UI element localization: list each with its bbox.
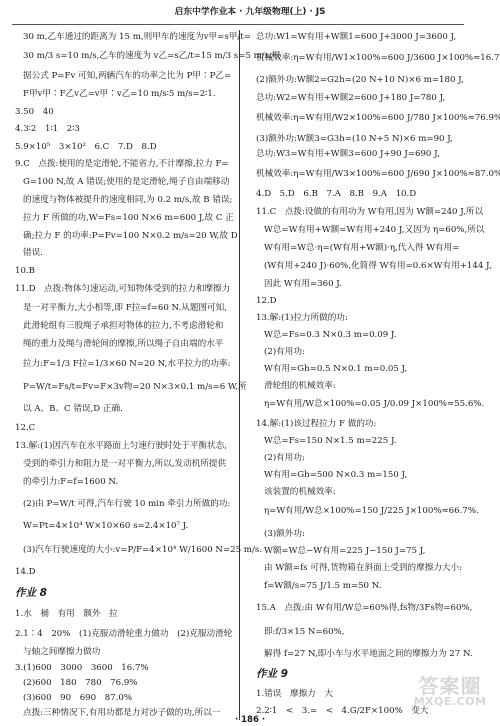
text-line: 总功:W3=W有用+W额3=600 J+90 J=690 J, bbox=[256, 150, 440, 159]
answer-line: 11.C 点拨:设做的有用功为 W有用,因为 W额=240 J,所以 bbox=[256, 208, 483, 217]
answer-line: 13.解:(1)因汽车在水平路面上匀速行驶时处于平衡状态, bbox=[15, 442, 227, 451]
page-number: · 186 · bbox=[0, 716, 500, 725]
text-line: W总=W有用+W额=W有用+240 J,又因为 η=60%,所以 bbox=[256, 226, 484, 235]
answer-line: 4.D 5.D 6.B 7.A 8.B 9.A 10.D bbox=[256, 190, 416, 199]
text-line: 总功:W2=W有用+W额2=600 J+180 J=780 J, bbox=[256, 94, 445, 103]
text-line: W总=Fs=0.3 N×0.3 m=0.09 J. bbox=[256, 331, 396, 340]
answer-line: 15.A 点拨:由 W有用/W总=60%得,fs物/3Fs物=60%, bbox=[256, 604, 472, 613]
text-line: (3)额外功: bbox=[256, 530, 305, 539]
text-line: F甲v甲∶F乙v乙=v甲∶v乙=10 m/s∶5 m/s=2∶1. bbox=[15, 90, 216, 99]
text-line: (2)600 180 780 76.9% bbox=[15, 679, 137, 688]
watermark-url: MXQE.COM bbox=[410, 696, 490, 707]
answer-line: 14.解:(1)该过程拉力 F 做的功: bbox=[256, 420, 376, 429]
text-line: 机械效率:η=W有用/W3×100%=600 J/690 J×100%≈87.0… bbox=[256, 170, 500, 179]
text-line: (2)有用功: bbox=[256, 348, 305, 357]
text-line: 由 W额=fs 可得,货物箱在斜面上受到的摩擦力大小: bbox=[256, 564, 462, 573]
header-rule bbox=[12, 24, 464, 25]
answer-line: 3.50 40 bbox=[15, 108, 54, 117]
answer-line: 13.解:(1)拉力所做的功: bbox=[256, 314, 348, 323]
answer-line: 9.C 点拨:使用的是定滑轮,不能省力,不计摩擦,拉力 F= bbox=[15, 160, 229, 169]
text-line: W有用=Gh=500 N×0.3 m=150 J, bbox=[256, 471, 407, 480]
text-line: 以 A、B、C 错误,D 正确. bbox=[15, 405, 123, 414]
text-line: W总=Fs=150 N×1.5 m=225 J. bbox=[256, 437, 396, 446]
text-line: 总功:W1=W有用+W额1=600 J+3000 J=3600 J, bbox=[256, 33, 456, 42]
answer-line: 11.D 点拨:物体匀速运动,可知物体受到的拉力和摩擦力 bbox=[15, 285, 230, 294]
column-divider bbox=[239, 30, 240, 720]
text-line: 解得 f=27 N,即小车与水平地面之间的摩擦力为 27 N. bbox=[256, 650, 473, 659]
watermark-text: 答案圈 bbox=[410, 676, 490, 696]
text-line: 确;拉力 F 的功率:P=Fv=100 N×0.2 m/s=20 W,故 D bbox=[15, 232, 238, 241]
answer-line: 2.2∶1 < 3.= < 4.G/2F×100% 变大 bbox=[256, 707, 429, 716]
answer-line: 12.C bbox=[15, 424, 35, 433]
text-line: η=W有用/W总×100%=0.05 J/0.09 J×100%≈55.6%. bbox=[256, 400, 484, 409]
text-line: W=Pt=4×10⁴ W×10×60 s=2.4×10⁷ J. bbox=[15, 522, 188, 531]
text-line: 的牵引力:F=f=1600 N. bbox=[15, 478, 118, 487]
text-line: P=W/t=Fs/t=Fv=F×3v物=20 N×3×0.1 m/s=6 W,所 bbox=[15, 383, 247, 392]
text-line: 拉力:F=1/3 F拉=1/3×60 N=20 N,水平拉力的功率: bbox=[15, 360, 230, 369]
answer-line: 12.D bbox=[256, 297, 277, 306]
answer-line: 5.9×10⁵ 3×10² 6.C 7.D 8.D bbox=[15, 143, 157, 152]
text-line: 机械效率:η=W有用/W2×100%=600 J/780 J×100%≈76.9… bbox=[256, 114, 500, 123]
text-line: 因此 W有用=360 J. bbox=[256, 280, 342, 289]
section-title-8: 作业 8 bbox=[15, 588, 47, 599]
page-header-title: 启东中学作业本 · 九年级物理(上) · JS bbox=[0, 8, 500, 17]
answer-line: 1.水 桶 有用 额外 拉 bbox=[15, 610, 118, 619]
answer-line: 3.(1)600 3000 3600 16.7% bbox=[15, 664, 149, 673]
answer-line: 10.B bbox=[15, 267, 35, 276]
text-line: (3)汽车行驶速度的大小:v=P/F=4×10⁴ W/1600 N=25 m/s… bbox=[15, 546, 262, 555]
text-line: (W有用+240 J)·60%,化简得 W有用=0.6×W有用+144 J, bbox=[256, 262, 492, 271]
text-line: 机械效率:η=W有用/W1×100%=600 J/3600 J×100%≈16.… bbox=[256, 54, 500, 63]
answer-line: 4.3∶2 1∶1 2∶3 bbox=[15, 125, 80, 134]
text-line: 受到的牵引力和阻力是一对平衡力,所以,发动机所提供 bbox=[15, 460, 226, 469]
text-line: G=100 N,故 A 错误;使用的是定滑轮,绳子自由端移动 bbox=[15, 178, 229, 187]
section-title-9: 作业 9 bbox=[256, 669, 288, 680]
text-line: 的速度与物体被提升的速度相同,为 0.2 m/s,故 B 错误; bbox=[15, 196, 232, 205]
text-line: (2)由 P=W/t 可得,汽车行驶 10 min 牵引力所做的功: bbox=[15, 500, 230, 509]
text-line: 错误. bbox=[15, 249, 43, 258]
text-line: (3)额外功:W额3=G3h=(10 N+5 N)×6 m=90 J, bbox=[256, 135, 453, 144]
text-line: 拉力 F 所做的功,W=Fs=100 N×6 m=600 J,故 C 正 bbox=[15, 214, 234, 223]
text-line: 30 m,乙车通过的距离为 15 m,则甲车的速度为v甲=s甲/t= bbox=[15, 33, 251, 42]
text-line: 是一对平衡力,大小相等,即 F拉=f=60 N.从题图可知, bbox=[15, 304, 227, 313]
text-line: 该装置的机械效率: bbox=[256, 488, 336, 497]
text-line: η=W有用/W总×100%=150 J/225 J×100%≈66.7%. bbox=[256, 507, 479, 516]
answer-line: 1.错误 摩擦力 大 bbox=[256, 690, 333, 699]
text-line: 据公式 P=Fv 可知,两辆汽车的功率之比为 P甲∶P乙= bbox=[15, 72, 231, 81]
text-line: 滑轮组的机械效率: bbox=[256, 382, 336, 391]
answer-line: 14.D bbox=[15, 568, 36, 577]
text-line: 与轴之间摩擦力做功 bbox=[15, 648, 100, 657]
text-line: 即:f/3×15 N=60%, bbox=[256, 628, 344, 637]
text-line: (2)额外功:W额2=G2h=(20 N+10 N)×6 m=180 J, bbox=[256, 76, 464, 85]
text-line: f=W额/s=75 J/1.5 m=50 N. bbox=[256, 582, 381, 591]
text-line: 绳的重力及绳与滑轮间的摩擦,所以绳子自由端的水平 bbox=[15, 340, 223, 349]
text-line: (2)有用功: bbox=[256, 454, 305, 463]
text-line: W额=W总−W有用=225 J−150 J=75 J, bbox=[256, 547, 425, 556]
text-line: 此滑轮组有三股绳子承担对物体的拉力,不考虑滑轮和 bbox=[15, 322, 223, 331]
text-line: 30 m/3 s=10 m/s,乙车的速度为 v乙=s乙/t=15 m/3 s=… bbox=[15, 52, 280, 61]
text-line: W有用=Gh=0.5 N×0.1 m=0.05 J, bbox=[256, 365, 407, 374]
text-line: (3)600 90 690 87.0% bbox=[15, 694, 132, 703]
text-line: W有用=W总·η=(W有用+W额)·η,代入得 W有用= bbox=[256, 244, 459, 253]
answer-line: 2.1∶4 20% (1)克服动滑轮重力做功 (2)克服动滑轮 bbox=[15, 630, 232, 639]
